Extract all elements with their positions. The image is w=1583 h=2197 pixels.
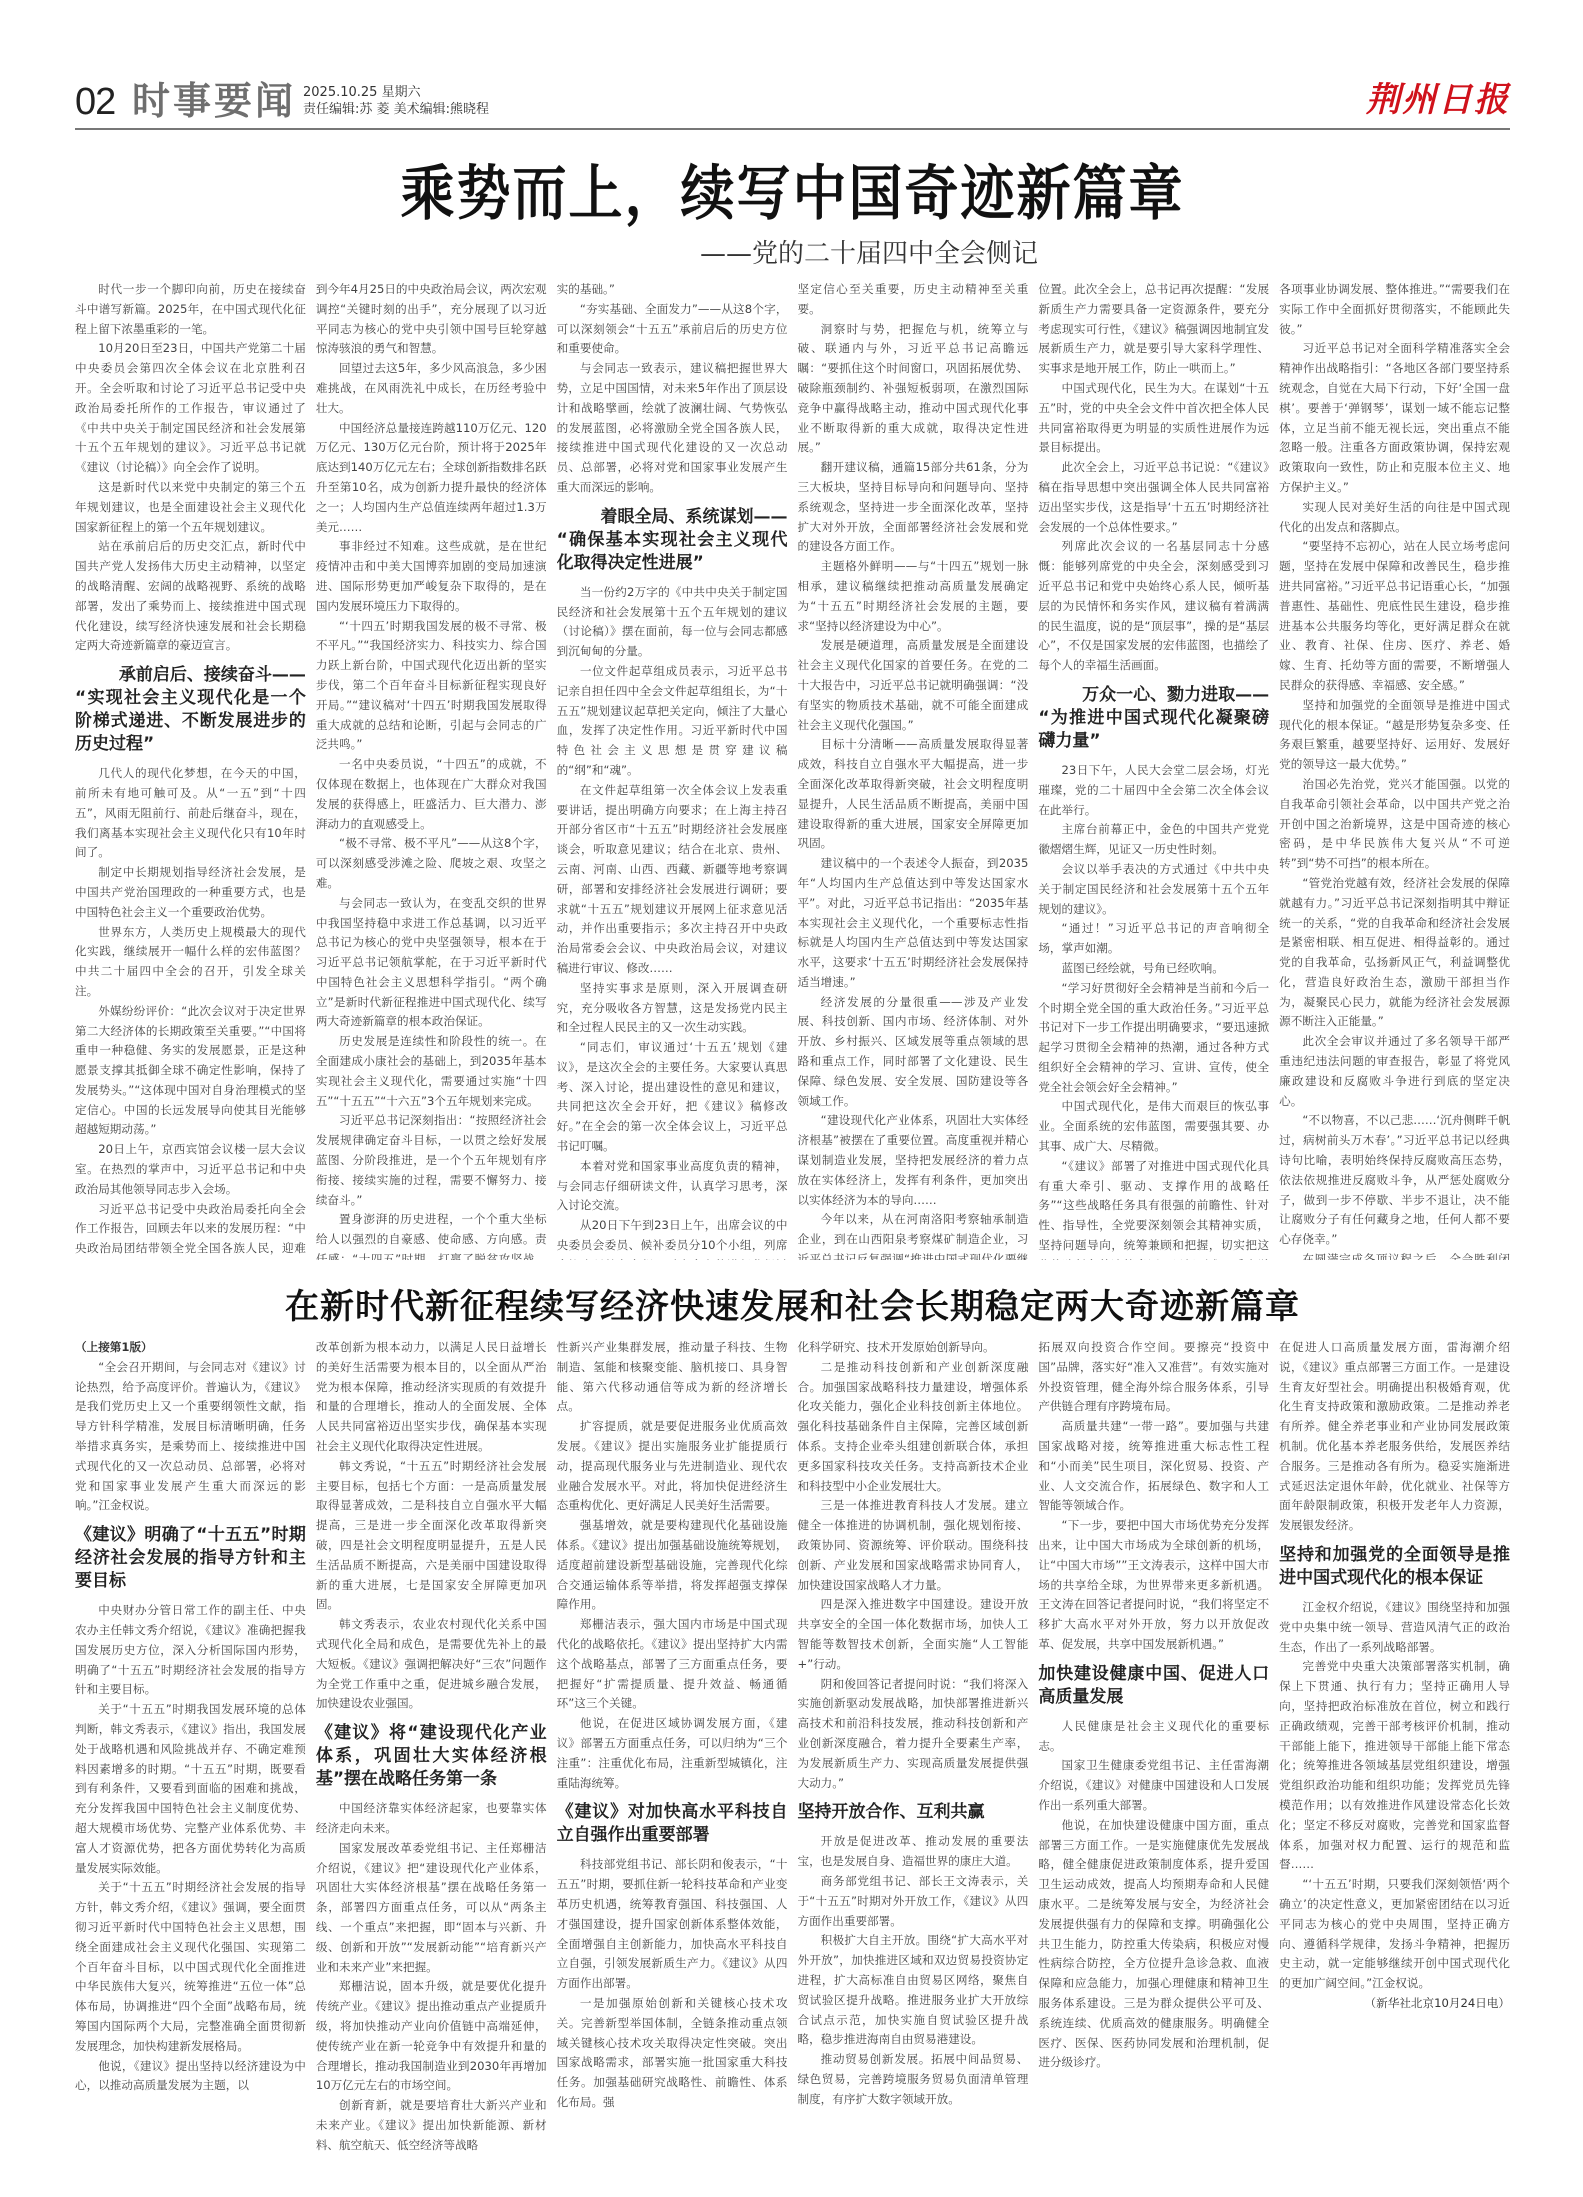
paragraph: 蓝图已经绘就，号角已经吹响。 xyxy=(1038,959,1269,979)
text-column: 时代一步一个脚印向前，历史在接续奋斗中谱写新篇。2025年，在中国式现代化征程上… xyxy=(75,280,306,1260)
paragraph: 中央财办分管日常工作的副主任、中央农办主任韩文秀介绍说，《建议》准确把握我国发展… xyxy=(75,1601,306,1700)
paragraph: 高质量共建“一带一路”。要加强与共建国家战略对接，统筹推进重大标志性工程和“小而… xyxy=(1038,1417,1269,1516)
section-heading: 着眼全局、系统谋划——“确保基本实现社会主义现代化取得决定性进展” xyxy=(557,506,788,575)
paragraph: “‘十五五’时期，只要我们深刻领悟‘两个确立’的决定性意义，更加紧密团结在以习近… xyxy=(1279,1875,1510,1994)
section-heading: 《建议》明确了“十五五”时期经济社会发展的指导方针和主要目标 xyxy=(75,1524,306,1593)
paragraph: 国家卫生健康委党组书记、主任雷海潮介绍说，《建议》对健康中国建设和人口发展作出一… xyxy=(1038,1756,1269,1815)
paragraph: 性新兴产业集群发展，推动量子科技、生物制造、氢能和核聚变能、脑机接口、具身智能、… xyxy=(557,1338,788,1417)
section-heading-text: “实现社会主义现代化是一个阶梯式递进、不断发展进步的历史过程” xyxy=(75,688,306,754)
paragraph: 建议稿中的一个表述令人振奋，到2035年“人均国内生产总值达到中等发达国家水平”… xyxy=(797,854,1028,993)
paragraph: 今年以来，从在河南洛阳考察轴承制造企业，到在山西阳泉考察煤矿制造企业，习近平总书… xyxy=(797,1210,1028,1260)
section-title: 时事要闻 xyxy=(132,80,296,122)
paragraph: 积极扩大自主开放。围绕“扩大高水平对外开放”，加快推进区域和双边贸易投资协定进程… xyxy=(797,1931,1028,2050)
newspaper-logo: 荆州日报 xyxy=(1366,78,1510,122)
paragraph: 在圆满完成各项议程之后，全会胜利闭幕。全体起立，雄壮的《国际歌》响彻人民的殿堂，… xyxy=(1279,1250,1510,1260)
paragraph: 化科学研究、技术开发原始创新导向。 xyxy=(797,1338,1028,1358)
section-heading: 万众一心、勠力进取——“为推进中国式现代化凝聚磅礴力量” xyxy=(1038,684,1269,753)
paragraph: 本着对党和国家事业高度负责的精神，与会同志仔细研读文件，认真学习思考，深入讨论交… xyxy=(557,1157,788,1216)
paragraph: “全会召开期间，与会同志对《建议》讨论热烈，给予高度评价。普遍认为，《建议》是我… xyxy=(75,1358,306,1516)
paragraph: 坚定信心至关重要，历史主动精神至关重要。 xyxy=(797,280,1028,320)
section-heading: 《建议》将“建设现代化产业体系，巩固壮大实体经济根基”摆在战略任务第一条 xyxy=(316,1722,547,1791)
paragraph: “‘十四五’时期我国发展的极不寻常、极不平凡。”“我国经济实力、科技实力、综合国… xyxy=(316,617,547,756)
page-number: 02 xyxy=(75,82,115,122)
paragraph: 完善党中央重大决策部署落实机制，确保上下贯通、执行有力；坚持正确用人导向，坚持把… xyxy=(1279,1657,1510,1875)
paragraph: 中国经济总量接连跨越110万亿元、120万亿元、130万亿元台阶，预计将于202… xyxy=(316,419,547,538)
text-column: 坚定信心至关重要，历史主动精神至关重要。洞察时与势，把握危与机，统筹立与破、联通… xyxy=(797,280,1028,1260)
paragraph: 关于“十五五”时期我国发展环境的总体判断，韩文秀表示，《建议》指出，我国发展处于… xyxy=(75,1700,306,1878)
paragraph: 一是加强原始创新和关键核心技术攻关。完善新型举国体制，全链条推动重点领域关键核心… xyxy=(557,1994,788,2113)
paragraph: 时代一步一个脚印向前，历史在接续奋斗中谱写新篇。2025年，在中国式现代化征程上… xyxy=(75,280,306,339)
paragraph: 23日下午，人民大会堂二层会场，灯光璀璨，党的二十届四中全会第二次全体会议在此举… xyxy=(1038,761,1269,820)
paragraph: 他说，《建议》提出坚持以经济建设为中心，以推动高质量发展为主题，以 xyxy=(75,2057,306,2097)
paragraph: 习近平总书记深刻指出：“按照经济社会发展规律确定奋斗目标，一以贯之绘好发展蓝图、… xyxy=(316,1111,547,1210)
paragraph: 江金权介绍说，《建议》围绕坚持和加强党中央集中统一领导、营造风清气正的政治生态，… xyxy=(1279,1598,1510,1657)
section-heading-lead: 着眼全局、系统谋划—— xyxy=(557,506,788,529)
paragraph: 发展是硬道理，高质量发展是全面建设社会主义现代化国家的首要任务。在党的二十大报告… xyxy=(797,636,1028,735)
dateline-source: （新华社北京10月24日电） xyxy=(1279,1994,1510,2014)
text-column: 改革创新为根本动力，以满足人民日益增长的美好生活需要为根本目的，以全面从严治党为… xyxy=(316,1338,547,2178)
paragraph: 到今年4月25日的中央政治局会议，两次宏观调控“关键时刻的出手”，充分展现了以习… xyxy=(316,280,547,359)
paragraph: 列席此次会议的一名基层同志十分感慨：能够列席党的中央全会，深刻感受到习近平总书记… xyxy=(1038,537,1269,676)
paragraph: 几代人的现代化梦想，在今天的中国，前所未有地可触可及。从“一五”到“十四五”，风… xyxy=(75,764,306,863)
paragraph: 治国必先治党，党兴才能国强。以党的自我革命引领社会革命，以中国共产党之治开创中国… xyxy=(1279,775,1510,874)
text-column: 实的基础。”“夯实基础、全面发力”——从这8个字，可以深刻领会“十五五”承前启后… xyxy=(557,280,788,1260)
paragraph: “极不寻常、极不平凡”——从这8个字，可以深刻感受涉滩之险、爬坡之艰、攻坚之难。 xyxy=(316,834,547,893)
section-heading: 《建议》对加快高水平科技自立自强作出重要部署 xyxy=(557,1801,788,1847)
paragraph: 国家发展改革委党组书记、主任郑栅洁介绍说，《建议》把“建设现代化产业体系，巩固壮… xyxy=(316,1839,547,1978)
section-heading-text: 加快建设健康中国、促进人口高质量发展 xyxy=(1038,1664,1269,1707)
article2-headline: 在新时代新征程续写经济快速发展和社会长期稳定两大奇迹新篇章 xyxy=(75,1285,1510,1329)
masthead: 02 时事要闻 2025.10.25 星期六 责任编辑:苏 菱 美术编辑:熊晓程… xyxy=(75,52,1510,130)
paragraph: 与会同志一致表示，建议稿把握世界大势，立足中国国情，对未来5年作出了顶层设计和战… xyxy=(557,359,788,498)
section-heading: 加快建设健康中国、促进人口高质量发展 xyxy=(1038,1663,1269,1709)
section-heading-text: “为推进中国式现代化凝聚磅礴力量” xyxy=(1038,708,1269,751)
paragraph: 强基增效，就是要构建现代化基础设施体系。《建议》提出加强基础设施统筹规划，适度超… xyxy=(557,1516,788,1615)
paragraph: 他说，在促进区域协调发展方面，《建议》部署五方面重点任务，可以归纳为“三个注重”… xyxy=(557,1714,788,1793)
paragraph: 中国式现代化，民生为大。在谋划“十五五”时，党的中央全会文件中首次把全体人民共同… xyxy=(1038,379,1269,458)
paragraph: 人民健康是社会主义现代化的重要标志。 xyxy=(1038,1717,1269,1757)
paragraph: “学习好贯彻好全会精神是当前和今后一个时期全党全国的重大政治任务。”习近平总书记… xyxy=(1038,979,1269,1098)
paragraph: 在促进人口高质量发展方面，雷海潮介绍说，《建议》重点部署三方面工作。一是建设生育… xyxy=(1279,1338,1510,1536)
paragraph: 中国经济靠实体经济起家，也要靠实体经济走向未来。 xyxy=(316,1799,547,1839)
paragraph: “要坚持不忘初心，站在人民立场考虑问题，坚持在发展中保障和改善民生，稳步推进共同… xyxy=(1279,537,1510,695)
paragraph: 实的基础。” xyxy=(557,280,788,300)
paragraph: 坚持实事求是原则，深入开展调查研究，充分吸收各方智慧，这是发扬党内民主和全过程人… xyxy=(557,979,788,1038)
paragraph: 创新育新，就是要培育壮大新兴产业和未来产业。《建议》提出加快新能源、新材料、航空… xyxy=(316,2096,547,2155)
section-heading-text: 坚持和加强党的全面领导是推进中国式现代化的根本保证 xyxy=(1279,1545,1510,1588)
editor-credits: 责任编辑:苏 菱 美术编辑:熊晓程 xyxy=(303,101,489,118)
paragraph: 主题格外鲜明——与“十四五”规划一脉相承，建议稿继续把推动高质量发展确定为“十五… xyxy=(797,557,1028,636)
section-heading-text: 坚持开放合作、互利共赢 xyxy=(797,1802,984,1822)
paragraph: 洞察时与势，把握危与机，统筹立与破、联通内与外，习近平总书记高瞻远瞩：“要抓住这… xyxy=(797,320,1028,459)
section-heading-text: 《建议》明确了“十五五”时期经济社会发展的指导方针和主要目标 xyxy=(75,1525,306,1591)
paragraph: 制定中长期规划指导经济社会发展，是中国共产党治国理政的一种重要方式，也是中国特色… xyxy=(75,863,306,922)
paragraph: 拓展双向投资合作空间。要擦亮“投资中国”品牌，落实好“准入又准营”。有效实施对外… xyxy=(1038,1338,1269,1417)
paragraph: “下一步，要把中国大市场优势充分发挥出来，让中国大市场成为全球创新的机场，让“中… xyxy=(1038,1516,1269,1655)
issue-meta: 2025.10.25 星期六 责任编辑:苏 菱 美术编辑:熊晓程 xyxy=(303,84,489,118)
continued-from-label: （上接第1版） xyxy=(75,1338,306,1358)
paragraph: 站在承前启后的历史交汇点，新时代中国共产党人发扬伟大历史主动精神，以坚定的战略清… xyxy=(75,537,306,656)
text-column: 到今年4月25日的中央政治局会议，两次宏观调控“关键时刻的出手”，充分展现了以习… xyxy=(316,280,547,1260)
paragraph: 推动贸易创新发展。拓展中间品贸易、绿色贸易，完善跨境服务贸易负面清单管理制度，有… xyxy=(797,2050,1028,2109)
text-column: （上接第1版）“全会召开期间，与会同志对《建议》讨论热烈，给予高度评价。普遍认为… xyxy=(75,1338,306,2178)
paragraph: “通过！”习近平总书记的声音响彻全场，掌声如潮。 xyxy=(1038,919,1269,959)
paragraph: 置身澎湃的历史进程，一个个重大坐标给人以强烈的自豪感、使命感、方向感。责任感：“… xyxy=(316,1210,547,1260)
paragraph: 阴和俊回答记者提问时说：“我们将深入实施创新驱动发展战略，加快部署推进新兴高技术… xyxy=(797,1675,1028,1794)
section-heading-lead: 承前启后、接续奋斗—— xyxy=(75,664,306,687)
paragraph: 目标十分清晰——高质量发展取得显著成效，科技自立自强水平大幅提高，进一步全面深化… xyxy=(797,735,1028,854)
paragraph: 位置。此次全会上，总书记再次提醒：“发展新质生产力需要具备一定资源条件，要充分考… xyxy=(1038,280,1269,379)
issue-date: 2025.10.25 星期六 xyxy=(303,84,489,101)
article2-body: （上接第1版）“全会召开期间，与会同志对《建议》讨论热烈，给予高度评价。普遍认为… xyxy=(75,1338,1510,2178)
text-column: 拓展双向投资合作空间。要擦亮“投资中国”品牌，落实好“准入又准营”。有效实施对外… xyxy=(1038,1338,1269,2178)
section-heading-text: “确保基本实现社会主义现代化取得决定性进展” xyxy=(557,530,788,573)
section-heading-lead: 万众一心、勠力进取—— xyxy=(1038,684,1269,707)
text-column: 位置。此次全会上，总书记再次提醒：“发展新质生产力需要具备一定资源条件，要充分考… xyxy=(1038,280,1269,1260)
paragraph: 这是新时代以来党中央制定的第三个五年规划建议，也是全面建设社会主义现代化国家新征… xyxy=(75,478,306,537)
paragraph: 他说，在加快建设健康中国方面，重点部署三方面工作。一是实施健康优先发展战略，健全… xyxy=(1038,1816,1269,2073)
paragraph: 与会同志一致认为，在变乱交织的世界中我国坚持稳中求进工作总基调，以习近平总书记为… xyxy=(316,894,547,1033)
section-heading: 承前启后、接续奋斗——“实现社会主义现代化是一个阶梯式递进、不断发展进步的历史过… xyxy=(75,664,306,756)
paragraph: 三是一体推进教育科技人才发展。建立健全一体推进的协调机制，强化规划衔接、政策协同… xyxy=(797,1496,1028,1595)
newspaper-page: 02 时事要闻 2025.10.25 星期六 责任编辑:苏 菱 美术编辑:熊晓程… xyxy=(0,0,1583,2197)
paragraph: 郑栅洁说，固本升级，就是要优化提升传统产业。《建议》提出推动重点产业提质升级，将… xyxy=(316,1977,547,2096)
paragraph: 会议以举手表决的方式通过《中共中央关于制定国民经济和社会发展第十五个五年规划的建… xyxy=(1038,860,1269,919)
paragraph: 世界东方，人类历史上规模最大的现代化实践，继续展开一幅什么样的宏伟蓝图？中共二十… xyxy=(75,923,306,1002)
text-column: 在促进人口高质量发展方面，雷海潮介绍说，《建议》重点部署三方面工作。一是建设生育… xyxy=(1279,1338,1510,2178)
paragraph: 实现人民对美好生活的向往是中国式现代化的出发点和落脚点。 xyxy=(1279,498,1510,538)
paragraph: 一名中央委员说，“十四五”的成就，不仅体现在数据上，也体现在广大群众对我国发展的… xyxy=(316,755,547,834)
paragraph: 习近平总书记对全面科学精准落实全会精神作出战略指引：“各地区各部门要坚持系统观念… xyxy=(1279,339,1510,497)
paragraph: 韩文秀说，“十五五”时期经济社会发展主要目标，包括七个方面：一是高质量发展取得显… xyxy=(316,1457,547,1615)
paragraph: 事非经过不知难。这些成就，是在世纪疫情冲击和中美大国博弈加剧的变局加速演进、国际… xyxy=(316,537,547,616)
paragraph: “《建议》部署了对推进中国式现代化具有重大牵引、驱动、支撑作用的战略任务”“这些… xyxy=(1038,1157,1269,1260)
paragraph: 一位文件起草组成员表示，习近平总书记亲自担任四中全会文件起草组组长，为“十五五”… xyxy=(557,662,788,781)
section-heading: 坚持和加强党的全面领导是推进中国式现代化的根本保证 xyxy=(1279,1544,1510,1590)
article1-body: 时代一步一个脚印向前，历史在接续奋斗中谱写新篇。2025年，在中国式现代化征程上… xyxy=(75,280,1510,1260)
paragraph: 从20日下午到23日上午，出席会议的中央委员会委员、候补委员分10个小组，列席会… xyxy=(557,1216,788,1260)
paragraph: 扩容提质，就是要促进服务业优质高效发展。《建议》提出实施服务业扩能提质行动，提高… xyxy=(557,1417,788,1516)
paragraph: 各项事业协调发展、整体推进。”“需要我们在实际工作中全面抓好贯彻落实，不能顾此失… xyxy=(1279,280,1510,339)
paragraph: 习近平总书记受中央政治局委托向全会作工作报告，回顾去年以来的发展历程：“中央政治… xyxy=(75,1200,306,1260)
text-column: 化科学研究、技术开发原始创新导向。二是推动科技创新和产业创新深度融合。加强国家战… xyxy=(797,1338,1028,2178)
section-heading-text: 《建议》将“建设现代化产业体系，巩固壮大实体经济根基”摆在战略任务第一条 xyxy=(316,1723,547,1789)
paragraph: 二是推动科技创新和产业创新深度融合。加强国家战略科技力量建设，增强体系化攻关能力… xyxy=(797,1358,1028,1497)
paragraph: 郑栅洁表示，强大国内市场是中国式现代化的战略依托。《建议》提出坚持扩大内需这个战… xyxy=(557,1615,788,1714)
paragraph: 改革创新为根本动力，以满足人民日益增长的美好生活需要为根本目的，以全面从严治党为… xyxy=(316,1338,547,1457)
paragraph: 关于“十五五”时期经济社会发展的指导方针，韩文秀介绍，《建议》强调，要全面贯彻习… xyxy=(75,1878,306,2056)
text-column: 性新兴产业集群发展，推动量子科技、生物制造、氢能和核聚变能、脑机接口、具身智能、… xyxy=(557,1338,788,2178)
paragraph: 韩文秀表示，农业农村现代化关系中国式现代化全局和成色，是需要优先补上的最大短板。… xyxy=(316,1615,547,1714)
article1-subtitle: ——党的二十届四中全会侧记 xyxy=(700,238,1200,270)
paragraph: 科技部党组书记、部长阴和俊表示，“十五五”时期，要抓住新一轮科技革命和产业变革历… xyxy=(557,1855,788,1994)
paragraph: 在文件起草组第一次全体会议上发表重要讲话，提出明确方向要求；在上海主持召开部分省… xyxy=(557,781,788,979)
paragraph: 翻开建议稿，通篇15部分共61条，分为三大板块，坚持目标导向和问题导向、坚持系统… xyxy=(797,458,1028,557)
paragraph: 历史发展是连续性和阶段性的统一。在全面建成小康社会的基础上，到2035年基本实现… xyxy=(316,1032,547,1111)
paragraph: “同志们，审议通过‘十五五’规划《建议》，是这次全会的主要任务。大家要认真思考、… xyxy=(557,1038,788,1157)
paragraph: 坚持和加强党的全面领导是推进中国式现代化的根本保证。“越是形势复杂多变、任务艰巨… xyxy=(1279,696,1510,775)
paragraph: “建设现代化产业体系，巩固壮大实体经济根基”被摆在了重要位置。高度重视并精心谋划… xyxy=(797,1111,1028,1210)
header-rule xyxy=(75,128,1510,130)
paragraph: 开放是促进改革、推动发展的重要法宝，也是发展自身、造福世界的康庄大道。 xyxy=(797,1832,1028,1872)
paragraph: 10月20日至23日，中国共产党第二十届中央委员会第四次全体会议在北京胜利召开。… xyxy=(75,339,306,478)
paragraph: 外媒纷纷评价：“此次会议对于决定世界第二大经济体的长期政策至关重要。”“中国将重… xyxy=(75,1002,306,1141)
paragraph: “夯实基础、全面发力”——从这8个字，可以深刻领会“十五五”承前启后的历史方位和… xyxy=(557,300,788,359)
paragraph: 回望过去这5年，多少风高浪急，多少困难挑战，在风雨洗礼中成长，在历经考验中壮大。 xyxy=(316,359,547,418)
paragraph: 当一份约2万字的《中共中央关于制定国民经济和社会发展第十五个五年规划的建议（讨论… xyxy=(557,583,788,662)
paragraph: 四是深入推进数字中国建设。建设开放共享安全的全国一体化数据市场，加快人工智能等数… xyxy=(797,1595,1028,1674)
section-heading: 坚持开放合作、互利共赢 xyxy=(797,1801,1028,1824)
paragraph: 此次全会上，习近平总书记说：“《建议》稿在指导思想中突出强调全体人民共同富裕迈出… xyxy=(1038,458,1269,537)
paragraph: 20日上午，京西宾馆会议楼一层大会议室。在热烈的掌声中，习近平总书记和中央政治局… xyxy=(75,1140,306,1199)
paragraph: 中国式现代化，是伟大而艰巨的恢弘事业。全面系统的宏伟蓝图，需要强其要、办其事、成… xyxy=(1038,1097,1269,1156)
paragraph: 商务部党组书记、部长王文涛表示，关于“十五五”时期对外开放工作，《建议》从四方面… xyxy=(797,1872,1028,1931)
article1-headline: 乘势而上，续写中国奇迹新篇章 xyxy=(75,157,1510,230)
paragraph: “管党治党越有效，经济社会发展的保障就越有力。”习近平总书记深刻指明其中辩证统一… xyxy=(1279,874,1510,1032)
paragraph: 主席台前幕正中，金色的中国共产党党徽熠熠生辉，见证又一历史性时刻。 xyxy=(1038,820,1269,860)
paragraph: 此次全会审议并通过了多名领导干部严重违纪违法问题的审查报告，彰显了将党风廉政建设… xyxy=(1279,1032,1510,1111)
text-column: 各项事业协调发展、整体推进。”“需要我们在实际工作中全面抓好贯彻落实，不能顾此失… xyxy=(1279,280,1510,1260)
paragraph: “不以物喜，不以己悲……‘沉舟侧畔千帆过，病树前头万木春’。”习近平总书记以经典… xyxy=(1279,1111,1510,1250)
paragraph: 经济发展的分量很重——涉及产业发展、科技创新、国内市场、经济体制、对外开放、乡村… xyxy=(797,993,1028,1112)
section-heading-text: 《建议》对加快高水平科技自立自强作出重要部署 xyxy=(557,1802,788,1845)
